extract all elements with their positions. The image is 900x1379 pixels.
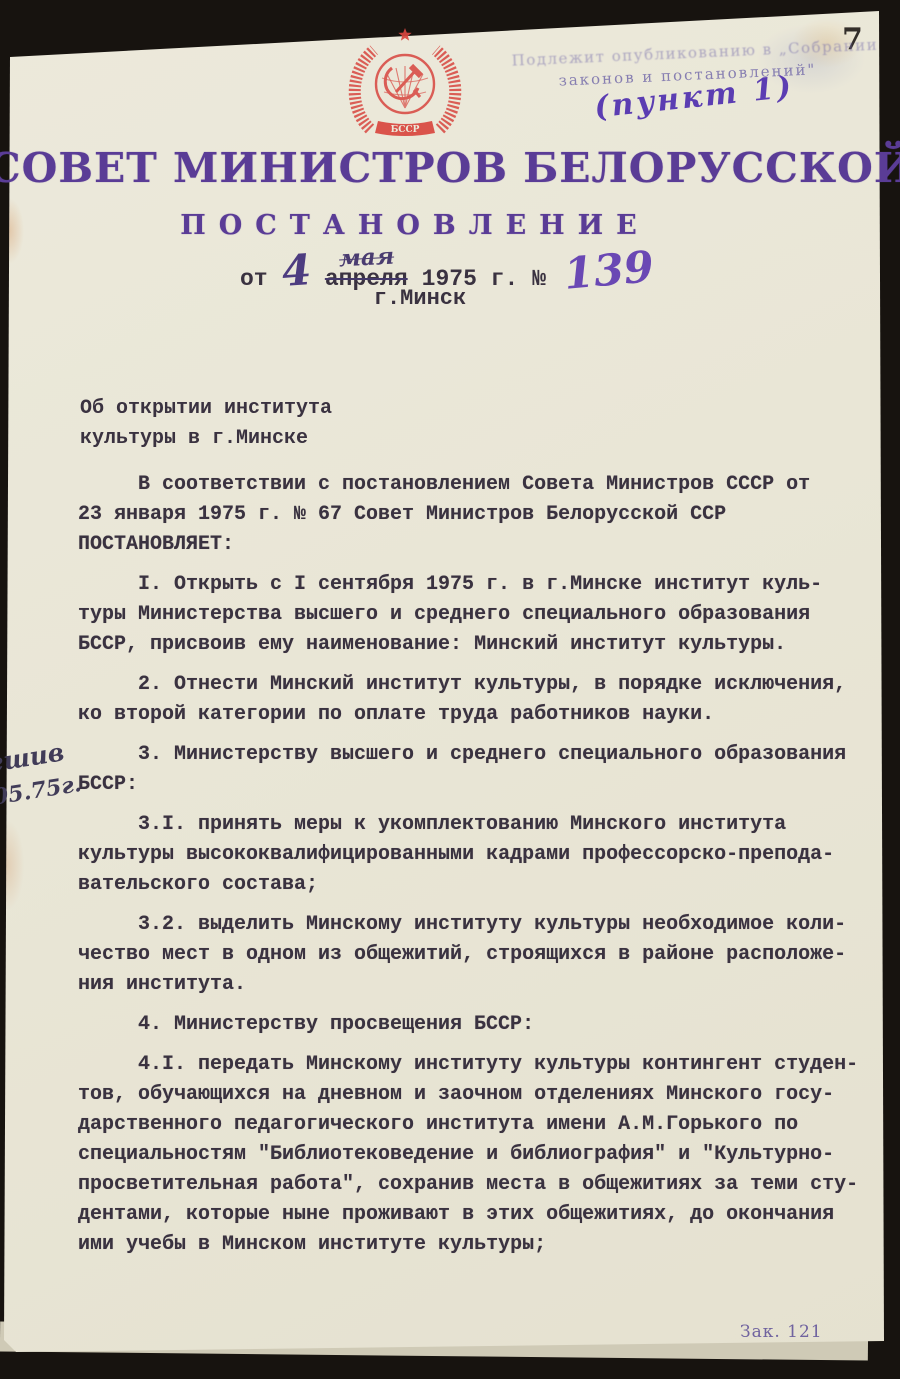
item-3-2: 3.2. выделить Минскому институту культур…: [78, 910, 870, 1000]
body-line: просветительная работа", сохранив места …: [78, 1170, 870, 1200]
body-line: культуры высококвалифицированными кадрам…: [78, 840, 870, 870]
wreath-left: [355, 50, 374, 129]
ribbon-label: БССР: [391, 125, 420, 135]
decree-body: В соответствии с постановлением Совета М…: [78, 470, 870, 1270]
body-line: 3.I. принять меры к укомплектованию Минс…: [78, 810, 870, 840]
body-line: 3. Министерству высшего и среднего специ…: [78, 740, 870, 770]
body-line: I. Открыть с I сентября 1975 г. в г.Минс…: [78, 570, 870, 600]
body-line: дарственного педагогического института и…: [78, 1110, 870, 1140]
item-4-1: 4.I. передать Минскому институту культур…: [78, 1050, 870, 1260]
margin-handwriting: ешив 05.75г.: [0, 733, 84, 814]
item-3-1: 3.I. принять меры к укомплектованию Минс…: [78, 810, 870, 900]
body-line: БССР, присвоив ему наименование: Минский…: [78, 630, 870, 660]
body-line: 4. Министерству просвещения БССР:: [78, 1010, 870, 1040]
item-1: I. Открыть с I сентября 1975 г. в г.Минс…: [78, 570, 870, 660]
handwritten-month: мая: [338, 243, 394, 273]
body-line: ния института.: [78, 970, 870, 1000]
body-line: 4.I. передать Минскому институту культур…: [78, 1050, 870, 1080]
body-line: туры Министерства высшего и среднего спе…: [78, 600, 870, 630]
number-sign: №: [532, 266, 546, 292]
bssr-coat-of-arms-icon: БССР: [338, 26, 472, 144]
body-line: ими учебы в Минском институте культуры;: [78, 1230, 870, 1260]
date-prefix: от: [240, 266, 268, 292]
body-line: ПОСТАНОВЛЯЕТ:: [78, 530, 870, 560]
subject-line: Об открытии института: [80, 394, 332, 424]
wreath-right: [436, 50, 455, 129]
body-line: вательского состава;: [78, 870, 870, 900]
body-line: 2. Отнести Минский институт культуры, в …: [78, 670, 870, 700]
body-line: 23 января 1975 г. № 67 Совет Министров Б…: [78, 500, 870, 530]
city-line: г.Минск: [340, 286, 500, 311]
item-4: 4. Министерству просвещения БССР:: [78, 1010, 870, 1040]
document-type-title: ПОСТАНОВЛЕНИЕ: [0, 210, 830, 241]
scanned-document: БССР 7 Подлежит опубликованию в „Собрани…: [0, 0, 900, 1379]
star-icon: [398, 28, 411, 41]
print-order-number: Зак. 121: [740, 1322, 823, 1342]
body-line: чество мест в одном из общежитий, строящ…: [78, 940, 870, 970]
subject-line: культуры в г.Минске: [80, 424, 332, 454]
organization-title: СОВЕТ МИНИСТРОВ БЕЛОРУССКОЙ ССР: [0, 144, 900, 192]
paper-stain: [0, 820, 24, 910]
handwritten-day: 4: [280, 245, 313, 296]
item-3: 3. Министерству высшего и среднего специ…: [78, 740, 870, 800]
preamble-paragraph: В соответствии с постановлением Совета М…: [78, 470, 870, 560]
body-line: БССР:: [78, 770, 870, 800]
handwritten-doc-number: 139: [562, 242, 656, 300]
body-line: ко второй категории по оплате труда рабо…: [78, 700, 870, 730]
subject-block: Об открытии института культуры в г.Минск…: [80, 394, 332, 454]
hammer-and-sickle-icon: [385, 66, 421, 99]
body-line: специальностям "Библиотековедение и библ…: [78, 1140, 870, 1170]
item-2: 2. Отнести Минский институт культуры, в …: [78, 670, 870, 730]
body-line: В соответствии с постановлением Совета М…: [78, 470, 870, 500]
body-line: тов, обучающихся на дневном и заочном от…: [78, 1080, 870, 1110]
body-line: дентами, которые ныне проживают в этих о…: [78, 1200, 870, 1230]
body-line: 3.2. выделить Минскому институту культур…: [78, 910, 870, 940]
